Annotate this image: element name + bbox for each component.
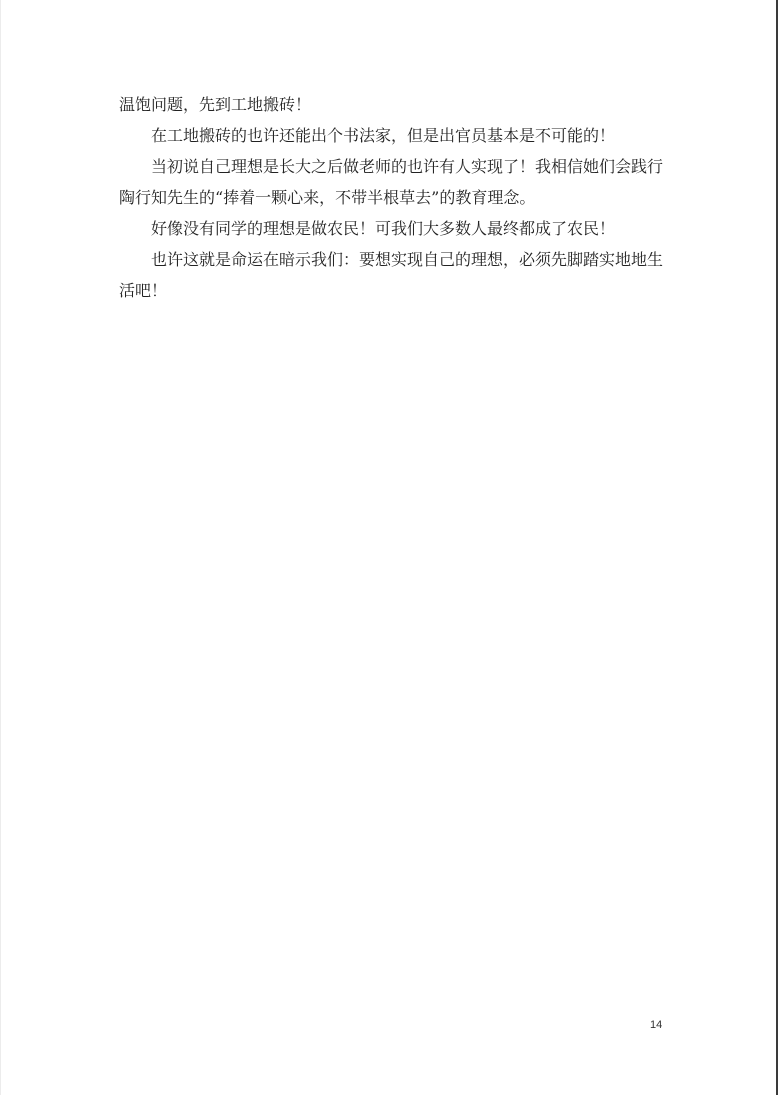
document-body: 温饱问题，先到工地搬砖！ 在工地搬砖的也许还能出个书法家，但是出官员基本是不可能…	[119, 89, 671, 306]
page-number: 14	[650, 1019, 662, 1031]
document-page: 温饱问题，先到工地搬砖！ 在工地搬砖的也许还能出个书法家，但是出官员基本是不可能…	[0, 0, 778, 1095]
paragraph-teacher-dream: 当初说自己理想是长大之后做老师的也许有人实现了！我相信她们会践行陶行知先生的“捧…	[119, 151, 671, 213]
paragraph-continuation: 温饱问题，先到工地搬砖！	[119, 89, 671, 120]
paragraph-calligrapher: 在工地搬砖的也许还能出个书法家，但是出官员基本是不可能的！	[119, 120, 671, 151]
paragraph-destiny: 也许这就是命运在暗示我们：要想实现自己的理想，必须先脚踏实地地生活吧！	[119, 244, 671, 306]
paragraph-farmer: 好像没有同学的理想是做农民！可我们大多数人最终都成了农民！	[119, 213, 671, 244]
